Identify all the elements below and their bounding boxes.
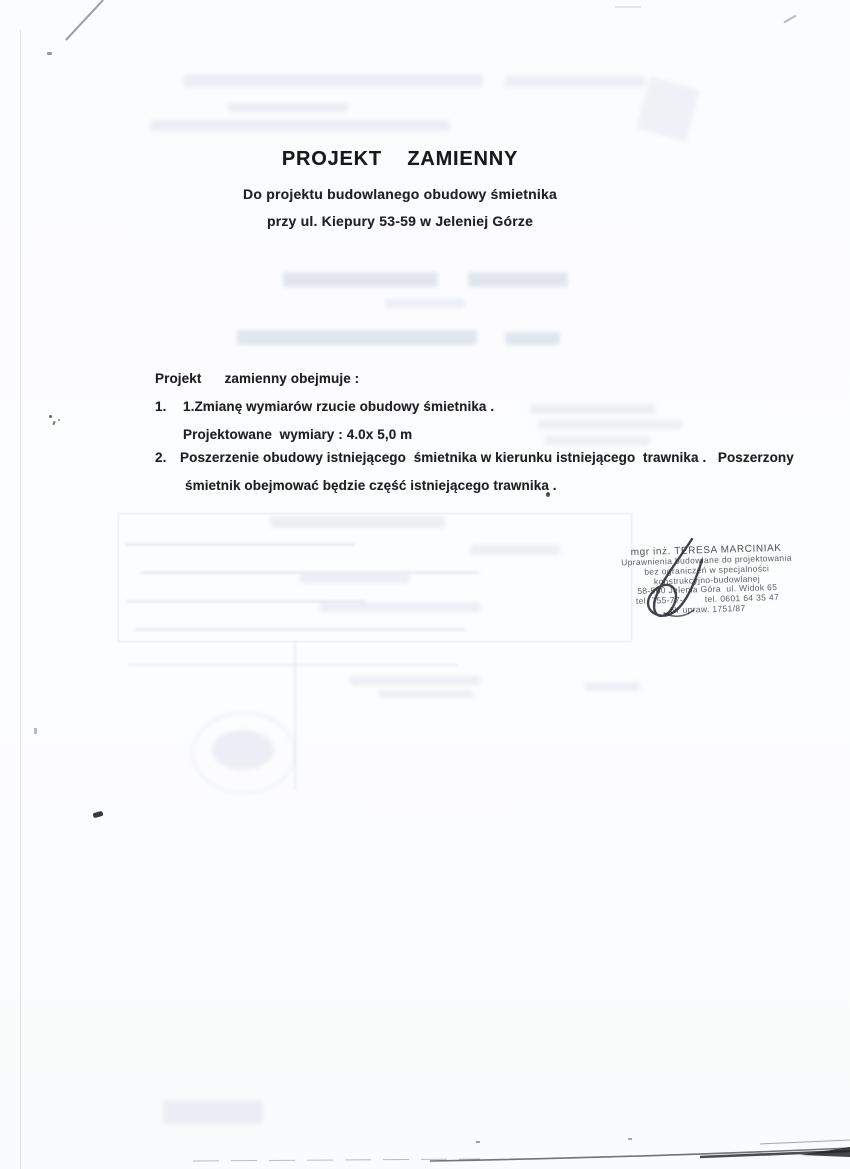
bleed-through-artifact xyxy=(128,664,458,666)
bleed-through-artifact xyxy=(228,103,348,112)
bleed-through-artifact xyxy=(505,76,645,87)
pen-mark xyxy=(65,0,104,41)
bleed-through-artifact xyxy=(183,74,483,87)
ink-speck xyxy=(49,415,52,418)
bleed-through-artifact xyxy=(212,730,274,770)
bleed-through-artifact xyxy=(300,573,410,583)
document-subtitle-1: Do projektu budowlanego obudowy śmietnik… xyxy=(0,186,800,202)
bleed-through-artifact xyxy=(505,332,560,345)
title-block: PROJEKT ZAMIENNY Do projektu budowlanego… xyxy=(0,148,800,229)
list-item-2-line-1: Poszerzenie obudowy istniejącego śmietni… xyxy=(180,450,794,465)
scan-edge-artifact xyxy=(615,6,641,8)
bleed-through-artifact xyxy=(140,571,480,574)
document-title: PROJEKT ZAMIENNY xyxy=(0,148,800,171)
ink-speck xyxy=(52,421,55,425)
bleed-through-artifact xyxy=(545,436,650,445)
ink-speck xyxy=(47,52,52,55)
bleed-through-artifact xyxy=(530,404,655,414)
bleed-through-artifact xyxy=(237,330,477,345)
bleed-through-artifact xyxy=(636,76,700,142)
bleed-through-artifact xyxy=(385,299,465,308)
document-subtitle-2: przy ul. Kiepury 53-59 w Jeleniej Górze xyxy=(0,213,800,229)
bleed-through-artifact xyxy=(350,676,480,685)
bleed-through-artifact xyxy=(270,516,445,528)
bleed-through-artifact xyxy=(470,545,560,555)
bleed-through-artifact xyxy=(150,120,450,131)
bleed-through-artifact xyxy=(585,682,640,691)
list-item-1-line-1: 1.Zmianę wymiarów rzucie obudowy śmietni… xyxy=(183,399,494,414)
ink-mark xyxy=(93,811,104,818)
bleed-through-artifact xyxy=(320,602,480,612)
bleed-through-artifact xyxy=(538,420,683,429)
bleed-through-artifact xyxy=(125,543,355,546)
pen-mark xyxy=(783,15,796,24)
bleed-through-artifact xyxy=(125,600,365,603)
bleed-through-artifact xyxy=(163,1100,263,1124)
bleed-through-artifact xyxy=(135,628,465,631)
bleed-through-round-stamp xyxy=(192,712,296,794)
list-item-2-number: 2. xyxy=(155,450,166,465)
list-item-2-line-2: śmietnik obejmować będzie część istnieją… xyxy=(185,478,557,493)
bleed-through-artifact xyxy=(283,272,438,287)
list-item-1-number: 1. xyxy=(155,399,166,414)
ink-speck xyxy=(34,728,37,734)
document-page: PROJEKT ZAMIENNY Do projektu budowlanego… xyxy=(0,0,850,1169)
signature xyxy=(628,536,720,628)
ink-speck xyxy=(58,419,60,421)
bleed-through-artifact xyxy=(294,640,296,790)
bleed-through-artifact xyxy=(378,690,473,698)
bleed-through-table-artifact xyxy=(118,513,632,642)
scan-edge-artifact xyxy=(0,1130,850,1169)
bleed-through-artifact xyxy=(468,272,568,287)
body-intro: Projekt zamienny obejmuje : xyxy=(155,371,359,386)
list-item-1-line-2: Projektowane wymiary : 4.0x 5,0 m xyxy=(183,427,412,442)
